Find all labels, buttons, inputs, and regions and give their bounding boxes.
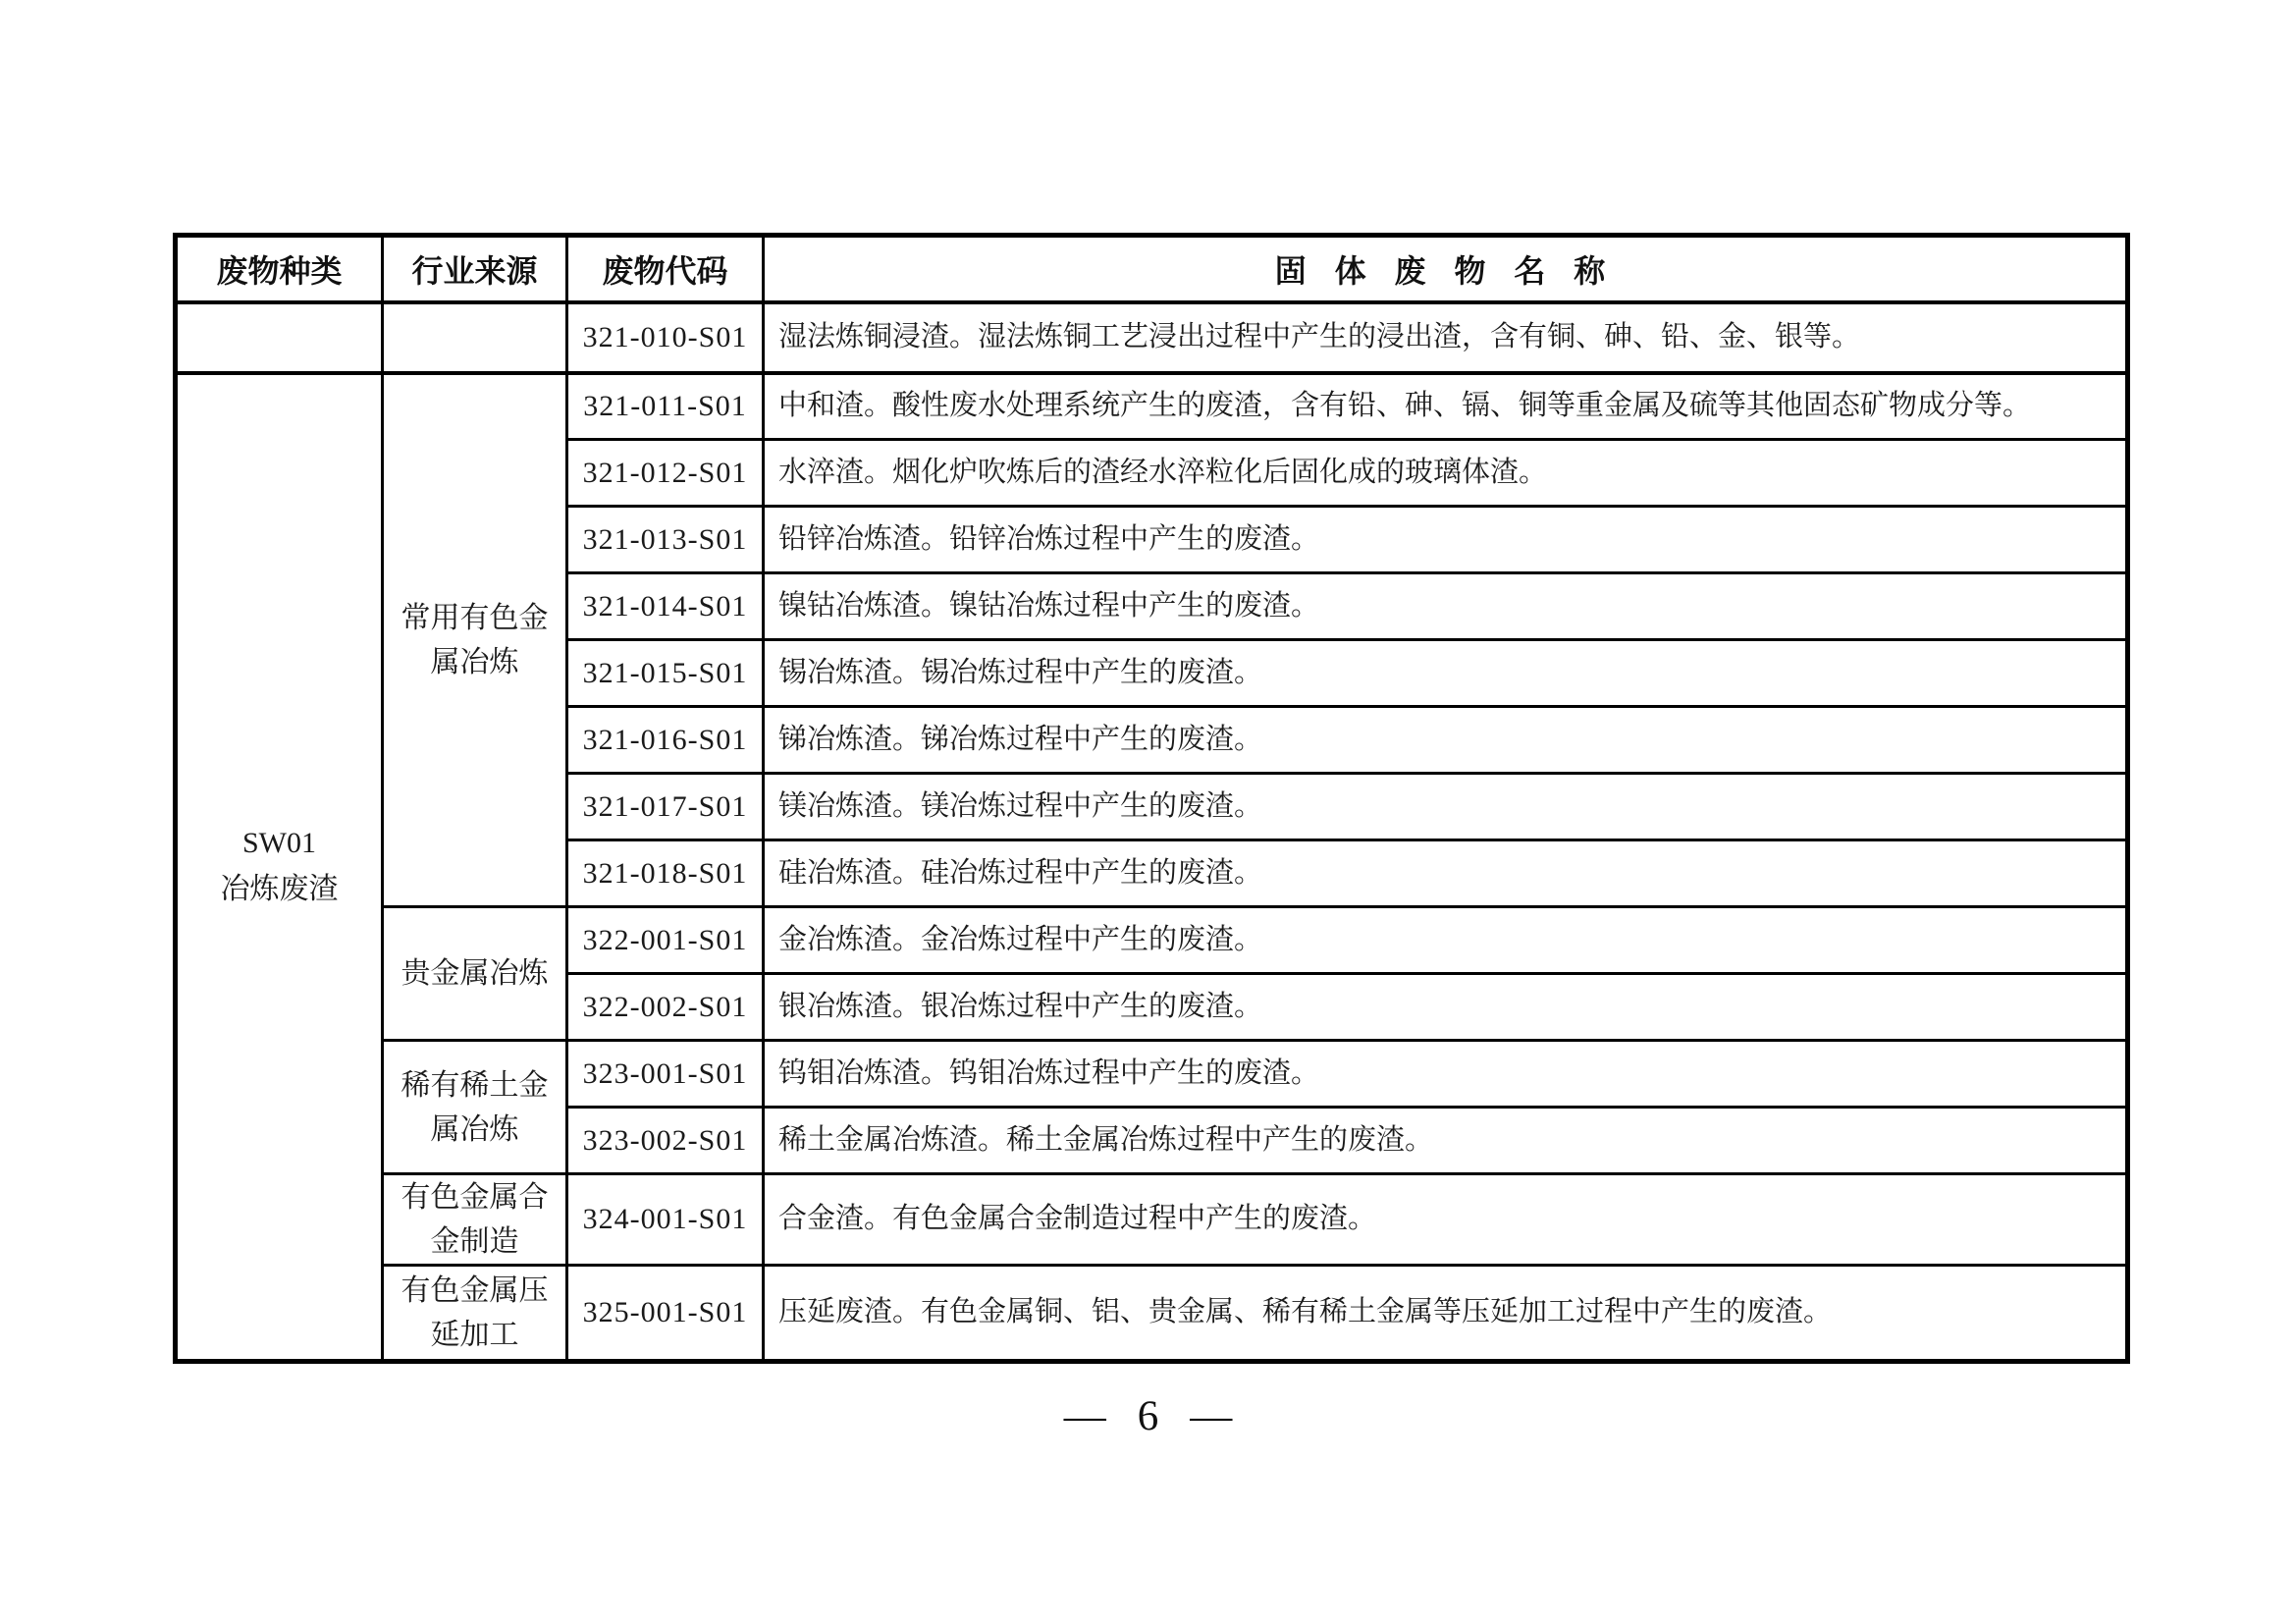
waste-code-cell: 321-012-S01 bbox=[567, 440, 764, 507]
waste-name-cell: 铅锌冶炼渣。铅锌冶炼过程中产生的废渣。 bbox=[764, 507, 2128, 573]
waste-code-cell: 321-018-S01 bbox=[567, 840, 764, 907]
table-row: 贵金属冶炼 322-001-S01 金冶炼渣。金冶炼过程中产生的废渣。 bbox=[176, 907, 2128, 974]
table-header-row: 废物种类 行业来源 废物代码 固 体 废 物 名 称 bbox=[176, 236, 2128, 302]
waste-name-cell: 合金渣。有色金属合金制造过程中产生的废渣。 bbox=[764, 1174, 2128, 1266]
industry-source-cell-rare-earth: 稀有稀土金 属冶炼 bbox=[383, 1041, 567, 1174]
column-header-waste-type: 废物种类 bbox=[176, 236, 383, 302]
industry-source-cell-rolling-processing: 有色金属压 延加工 bbox=[383, 1266, 567, 1362]
table-row: 有色金属合 金制造 324-001-S01 合金渣。有色金属合金制造过程中产生的… bbox=[176, 1174, 2128, 1266]
waste-name-cell: 金冶炼渣。金冶炼过程中产生的废渣。 bbox=[764, 907, 2128, 974]
table-row: 有色金属压 延加工 325-001-S01 压延废渣。有色金属铜、铝、贵金属、稀… bbox=[176, 1266, 2128, 1362]
waste-code-cell: 321-015-S01 bbox=[567, 640, 764, 707]
table-row: SW01 冶炼废渣 常用有色金 属冶炼 321-011-S01 中和渣。酸性废水… bbox=[176, 373, 2128, 440]
waste-code-cell: 322-002-S01 bbox=[567, 974, 764, 1041]
waste-code-cell: 323-002-S01 bbox=[567, 1108, 764, 1174]
waste-name-cell: 锑冶炼渣。锑冶炼过程中产生的废渣。 bbox=[764, 707, 2128, 774]
waste-classification-table: 废物种类 行业来源 废物代码 固 体 废 物 名 称 321-010-S01 湿… bbox=[173, 233, 2130, 1364]
column-header-industry-source: 行业来源 bbox=[383, 236, 567, 302]
waste-name-cell: 硅冶炼渣。硅冶炼过程中产生的废渣。 bbox=[764, 840, 2128, 907]
waste-code-cell: 321-017-S01 bbox=[567, 774, 764, 840]
waste-code-cell: 321-016-S01 bbox=[567, 707, 764, 774]
table-row: 321-010-S01 湿法炼铜浸渣。湿法炼铜工艺浸出过程中产生的浸出渣，含有铜… bbox=[176, 302, 2128, 373]
waste-name-cell: 镁冶炼渣。镁冶炼过程中产生的废渣。 bbox=[764, 774, 2128, 840]
column-header-waste-code: 废物代码 bbox=[567, 236, 764, 302]
waste-code-cell: 321-010-S01 bbox=[567, 302, 764, 373]
waste-code-cell: 322-001-S01 bbox=[567, 907, 764, 974]
waste-type-cell-sw01: SW01 冶炼废渣 bbox=[176, 373, 383, 1362]
column-header-solid-waste-name: 固 体 废 物 名 称 bbox=[764, 236, 2128, 302]
waste-name-cell: 中和渣。酸性废水处理系统产生的废渣，含有铅、砷、镉、铜等重金属及硫等其他固态矿物… bbox=[764, 373, 2128, 440]
page-number-dash-right: — bbox=[1190, 1392, 1232, 1440]
waste-name-cell: 水淬渣。烟化炉吹炼后的渣经水淬粒化后固化成的玻璃体渣。 bbox=[764, 440, 2128, 507]
page-footer: — 6 — bbox=[0, 1392, 2296, 1440]
table-row: 稀有稀土金 属冶炼 323-001-S01 钨钼冶炼渣。钨钼冶炼过程中产生的废渣… bbox=[176, 1041, 2128, 1108]
industry-source-cell-alloy-manufacturing: 有色金属合 金制造 bbox=[383, 1174, 567, 1266]
waste-code-cell: 325-001-S01 bbox=[567, 1266, 764, 1362]
industry-source-cell-precious-metal: 贵金属冶炼 bbox=[383, 907, 567, 1041]
waste-name-cell: 银冶炼渣。银冶炼过程中产生的废渣。 bbox=[764, 974, 2128, 1041]
industry-source-cell-common-nonferrous: 常用有色金 属冶炼 bbox=[383, 373, 567, 907]
document-page: 废物种类 行业来源 废物代码 固 体 废 物 名 称 321-010-S01 湿… bbox=[0, 0, 2296, 1624]
waste-name-cell: 压延废渣。有色金属铜、铝、贵金属、稀有稀土金属等压延加工过程中产生的废渣。 bbox=[764, 1266, 2128, 1362]
waste-code-cell: 323-001-S01 bbox=[567, 1041, 764, 1108]
waste-code-cell: 321-011-S01 bbox=[567, 373, 764, 440]
waste-code-cell: 321-013-S01 bbox=[567, 507, 764, 573]
page-number-dash-left: — bbox=[1064, 1392, 1106, 1440]
waste-type-cell-continuation bbox=[176, 302, 383, 373]
waste-name-cell: 镍钴冶炼渣。镍钴冶炼过程中产生的废渣。 bbox=[764, 573, 2128, 640]
waste-name-cell: 湿法炼铜浸渣。湿法炼铜工艺浸出过程中产生的浸出渣，含有铜、砷、铅、金、银等。 bbox=[764, 302, 2128, 373]
waste-name-cell: 稀土金属冶炼渣。稀土金属冶炼过程中产生的废渣。 bbox=[764, 1108, 2128, 1174]
waste-code-cell: 321-014-S01 bbox=[567, 573, 764, 640]
waste-name-cell: 钨钼冶炼渣。钨钼冶炼过程中产生的废渣。 bbox=[764, 1041, 2128, 1108]
waste-code-cell: 324-001-S01 bbox=[567, 1174, 764, 1266]
industry-source-cell-continuation bbox=[383, 302, 567, 373]
waste-name-cell: 锡冶炼渣。锡冶炼过程中产生的废渣。 bbox=[764, 640, 2128, 707]
page-number: 6 bbox=[1138, 1392, 1159, 1440]
